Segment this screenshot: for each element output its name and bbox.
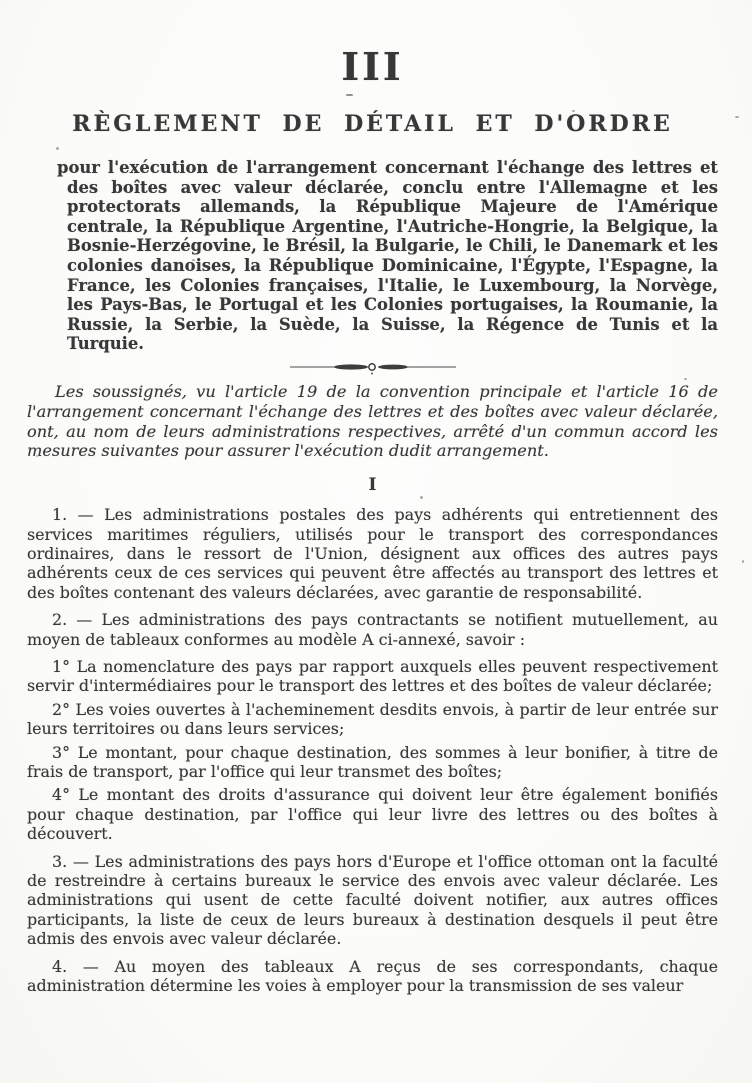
article-number-heading: I [27, 475, 718, 495]
scan-speck [572, 110, 575, 112]
scanned-document-page: III RÈGLEMENT DE DÉTAIL ET D'ORDRE pour … [0, 0, 752, 1083]
document-title: RÈGLEMENT DE DÉTAIL ET D'ORDRE [27, 111, 718, 137]
list-item-2deg: 2° Les voies ouvertes à l'acheminement d… [27, 700, 718, 739]
paragraph-4-truncated: 4. — Au moyen des tableaux A reçus de se… [27, 957, 718, 996]
list-item-4deg: 4° Le montant des droits d'assurance qui… [27, 785, 718, 843]
scan-speck [735, 116, 739, 118]
paragraph-1: 1. — Les administrations postales des pa… [27, 505, 718, 602]
list-item-1deg: 1° La nomenclature des pays par rapport … [27, 657, 718, 696]
scan-speck [420, 496, 423, 499]
scan-speck [36, 455, 38, 457]
section-numeral: III [27, 48, 718, 86]
list-item-3deg: 3° Le montant, pour chaque destination, … [27, 743, 718, 782]
preamble-paragraph: pour l'exécution de l'arrangement concer… [67, 158, 718, 354]
paragraph-3: 3. — Les administrations des pays hors d… [27, 852, 718, 949]
scan-speck [192, 259, 195, 261]
scan-speck [346, 94, 353, 96]
scan-speck [684, 378, 687, 380]
scan-speck [56, 147, 59, 150]
signatories-paragraph: Les soussignés, vu l'article 19 de la co… [27, 382, 718, 461]
paragraph-2: 2. — Les administrations des pays contra… [27, 610, 718, 649]
document-body: 1. — Les administrations postales des pa… [27, 505, 718, 995]
scan-speck [742, 560, 744, 563]
ornament-divider-icon [27, 359, 718, 377]
